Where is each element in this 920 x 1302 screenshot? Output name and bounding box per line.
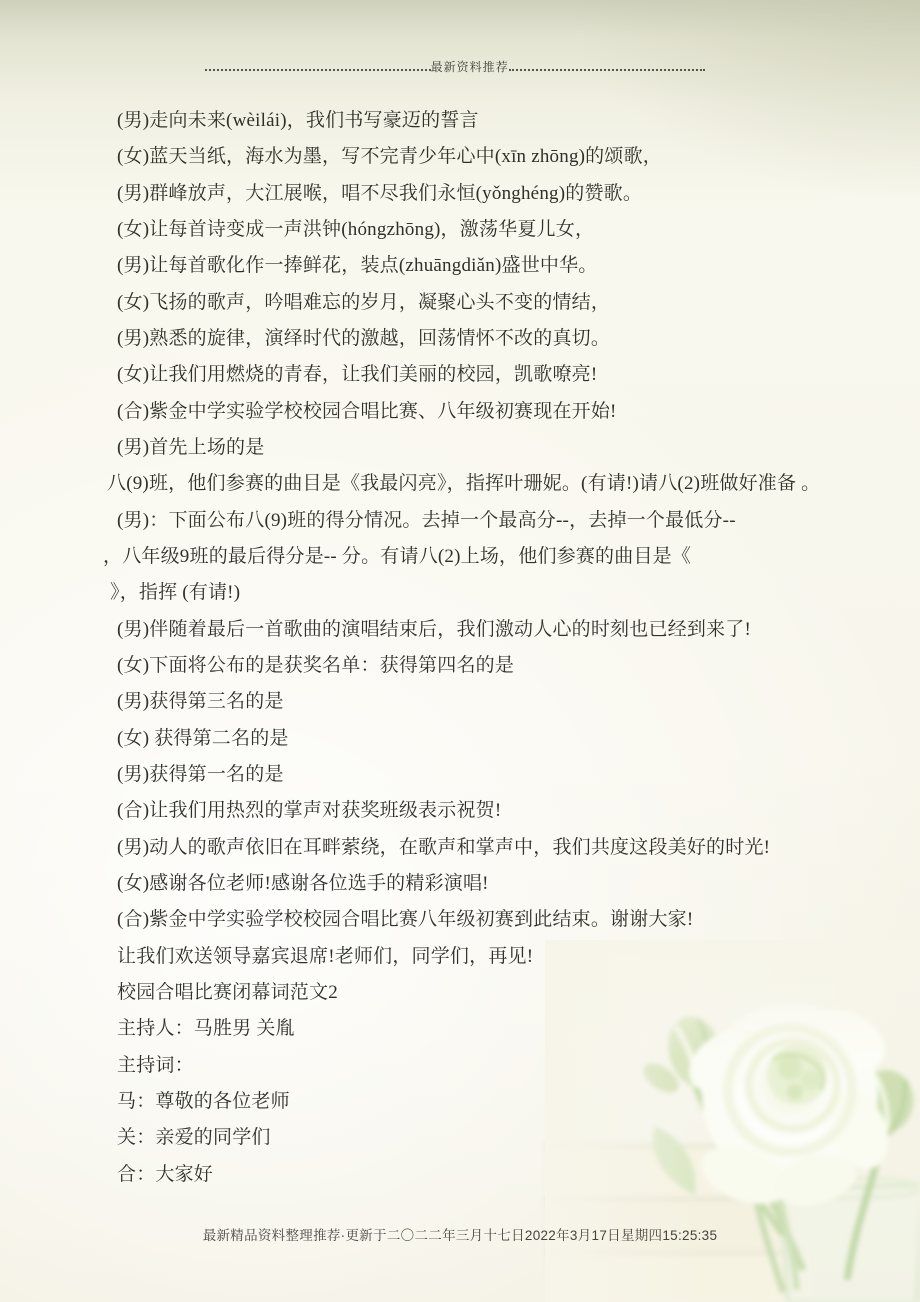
- script-line: 校园合唱比赛闭幕词范文2: [103, 975, 863, 1011]
- script-line: 合：大家好: [103, 1157, 863, 1193]
- script-line: (女) 获得第二名的是: [103, 721, 863, 757]
- script-line: 主持人：马胜男 关胤: [103, 1011, 863, 1047]
- script-line: (男)动人的歌声依旧在耳畔萦绕，在歌声和掌声中，我们共度这段美好的时光!: [103, 830, 863, 866]
- script-line: (合)紫金中学实验学校校园合唱比赛八年级初赛到此结束。谢谢大家!: [103, 902, 863, 938]
- script-line: (男)获得第三名的是: [103, 684, 863, 720]
- script-line: (合)紫金中学实验学校校园合唱比赛、八年级初赛现在开始!: [103, 394, 863, 430]
- script-line: (男)群峰放声，大江展喉，唱不尽我们永恒(yǒnghéng)的赞歌。: [103, 176, 863, 212]
- script-line: (男)获得第一名的是: [103, 757, 863, 793]
- script-line: (女)下面将公布的是获奖名单：获得第四名的是: [103, 648, 863, 684]
- script-line: (男)让每首歌化作一捧鲜花，装点(zhuāngdiǎn)盛世中华。: [103, 248, 863, 284]
- script-line: (男)走向未来(wèilái)，我们书写豪迈的誓言: [103, 103, 863, 139]
- script-line: 马：尊敬的各位老师: [103, 1084, 863, 1120]
- dotted-leader-left-icon: [205, 69, 431, 71]
- script-line: (男)：下面公布八(9)班的得分情况。去掉一个最高分--，去掉一个最低分--: [103, 503, 863, 539]
- script-line: (女)飞扬的歌声，吟唱难忘的岁月，凝聚心头不变的情结，: [103, 285, 863, 321]
- script-line: 让我们欢送领导嘉宾退席!老师们，同学们，再见!: [103, 939, 863, 975]
- script-line: 主持词：: [103, 1048, 863, 1084]
- page-footer: 最新精品资料整理推荐·更新于二〇二二年三月十七日2022年3月17日星期四15:…: [0, 1224, 920, 1244]
- script-line: (女)让每首诗变成一声洪钟(hóngzhōng)，激荡华夏儿女，: [103, 212, 863, 248]
- script-line: 八(9)班，他们参赛的曲目是《我最闪亮》，指挥叶珊妮。(有请!)请八(2)班做好…: [103, 466, 863, 502]
- page-header: 最新资料推荐: [205, 57, 705, 75]
- document-body: (男)走向未来(wèilái)，我们书写豪迈的誓言 (女)蓝天当纸，海水为墨，写…: [103, 103, 863, 1193]
- script-line: (合)让我们用热烈的掌声对获奖班级表示祝贺!: [103, 793, 863, 829]
- script-line: (男)熟悉的旋律，演绎时代的激越，回荡情怀不改的真切。: [103, 321, 863, 357]
- script-line: 关：亲爱的同学们: [103, 1120, 863, 1156]
- script-line: ，八年级9班的最后得分是-- 分。有请八(2)上场，他们参赛的曲目是《: [103, 539, 863, 575]
- script-line: (女)让我们用燃烧的青春，让我们美丽的校园，凯歌嘹亮!: [103, 357, 863, 393]
- watermark-title: 最新资料推荐: [431, 58, 509, 75]
- script-line: (女)感谢各位老师!感谢各位选手的精彩演唱!: [103, 866, 863, 902]
- document-page: 最新资料推荐 (男)走向未来(wèilái)，我们书写豪迈的誓言 (女)蓝天当纸…: [0, 0, 920, 1302]
- script-line: (女)蓝天当纸，海水为墨，写不完青少年心中(xīn zhōng)的颂歌，: [103, 139, 863, 175]
- script-line: (男)伴随着最后一首歌曲的演唱结束后，我们激动人心的时刻也已经到来了!: [103, 612, 863, 648]
- script-line: (男)首先上场的是: [103, 430, 863, 466]
- dotted-leader-right-icon: [509, 69, 705, 71]
- script-line: 》，指挥 (有请!): [103, 575, 863, 611]
